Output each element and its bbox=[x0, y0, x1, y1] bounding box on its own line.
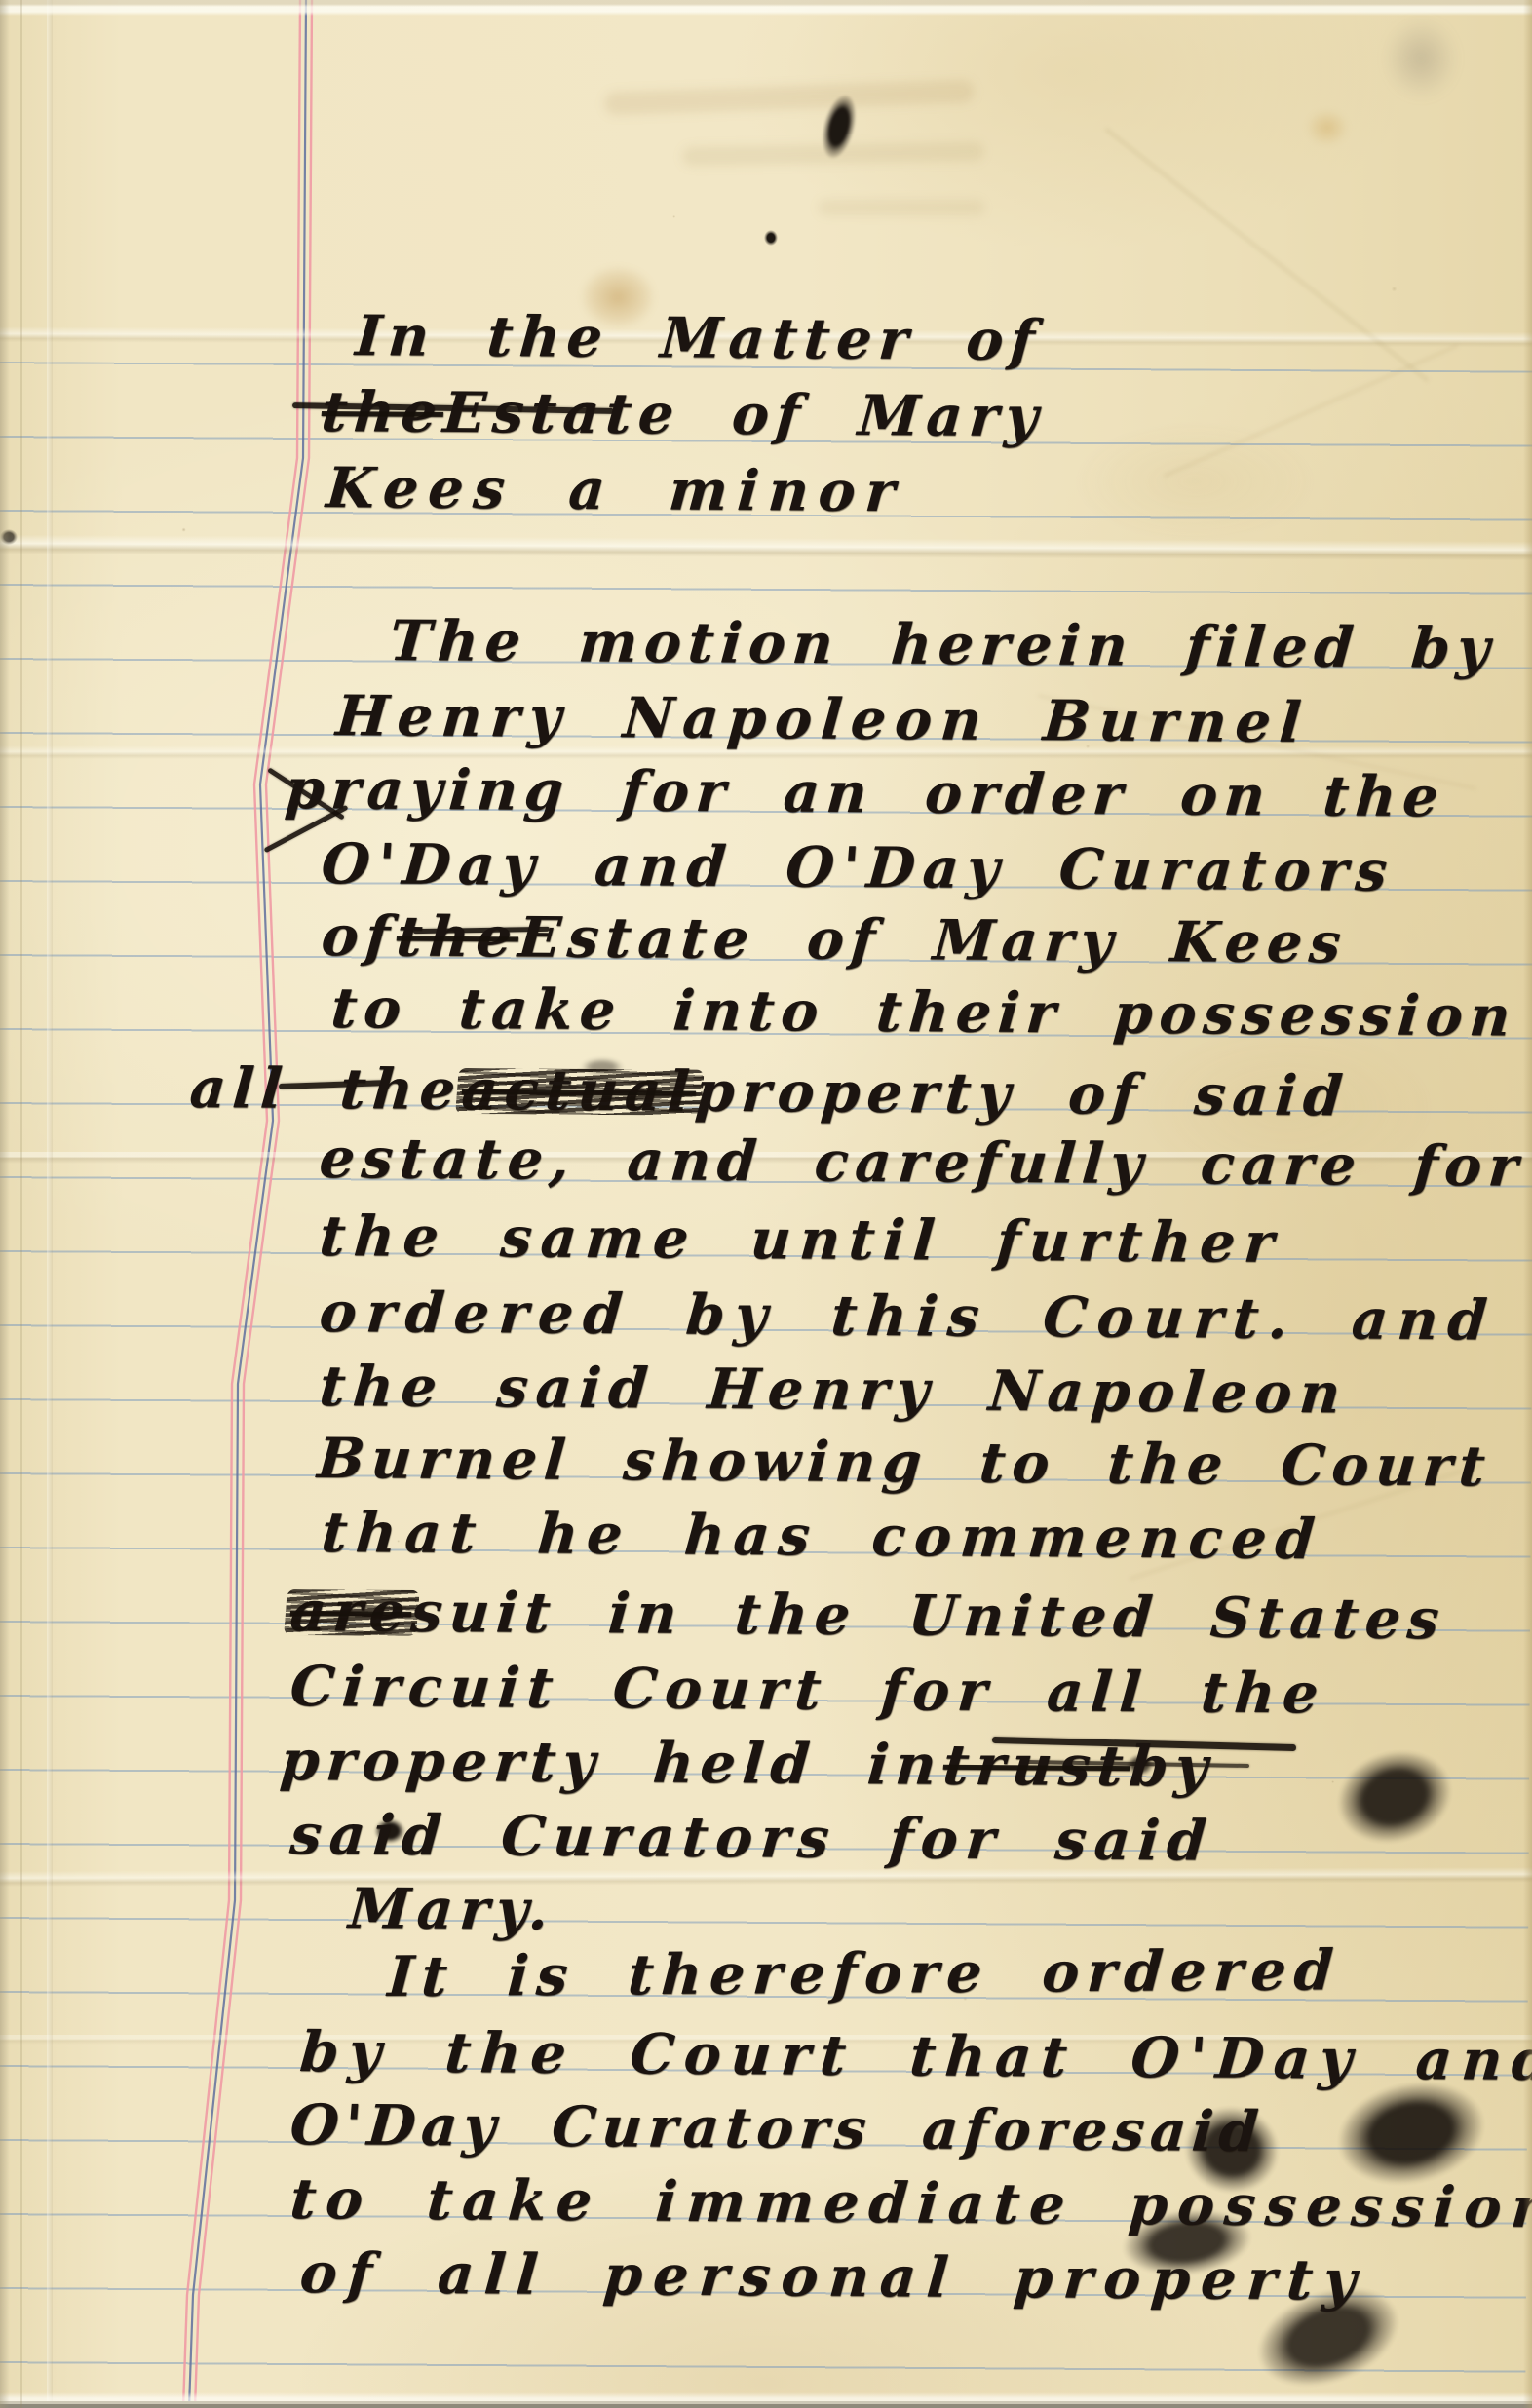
handwritten-line: Circuit Court for all the bbox=[290, 1659, 1326, 1721]
text-segment: Kees a minor bbox=[325, 460, 906, 519]
page-edge-line bbox=[20, 0, 22, 2408]
text-segment: O'Day Curators aforesaid bbox=[288, 2097, 1266, 2160]
handwritten-line: O'Day Curators aforesaid bbox=[290, 2097, 1264, 2160]
handwritten-line: said Curators for said bbox=[290, 1807, 1214, 1869]
text-segment: to take into their possession bbox=[329, 980, 1519, 1044]
handwritten-line: Mary. bbox=[349, 1881, 555, 1937]
struck-text: are bbox=[288, 1584, 414, 1640]
page-edge-left bbox=[0, 0, 10, 2408]
text-segment: estate, and carefully care for bbox=[318, 1130, 1527, 1195]
handwritten-line: the Estate of Mary bbox=[322, 384, 1045, 444]
handwritten-line: Kees a minor bbox=[326, 460, 904, 519]
handwritten-line: praying for an order on the bbox=[286, 761, 1445, 824]
struck-text: trust bbox=[940, 1738, 1131, 1794]
text-segment: Estate of Mary Kees bbox=[516, 909, 1349, 971]
text-segment: Estate of Mary bbox=[441, 385, 1047, 444]
text-segment: Burnel showing to the Court bbox=[316, 1431, 1494, 1494]
text-segment: the said Henry Napoleon bbox=[318, 1358, 1350, 1421]
handwritten-line: of the Estate of Mary Kees bbox=[322, 908, 1348, 971]
struck-text: actual bbox=[460, 1062, 698, 1120]
text-segment: suit in the United States bbox=[409, 1585, 1448, 1647]
handwritten-line: O'Day and O'Day Curators bbox=[322, 836, 1396, 899]
handwritten-line: It is therefore ordered bbox=[388, 1942, 1341, 2005]
page-edge-bottom bbox=[0, 2392, 1532, 2408]
handwritten-line: that he has commenced bbox=[322, 1505, 1323, 1567]
text-segment: The motion herein filed by bbox=[388, 613, 1499, 676]
text-segment: property held in bbox=[279, 1733, 945, 1793]
page-edge-right bbox=[1523, 0, 1532, 2408]
text-segment: Circuit Court for all the bbox=[288, 1659, 1328, 1721]
handwritten-line: to take immediate possession bbox=[290, 2171, 1532, 2236]
text-segment: praying for an order on the bbox=[284, 761, 1447, 824]
text-segment: to take immediate possession bbox=[288, 2171, 1532, 2236]
text-segment: Henry Napoleon Burnel bbox=[334, 688, 1312, 750]
handwritten-line: ordered by this Court. and bbox=[320, 1284, 1497, 1348]
text-segment: the same until further bbox=[318, 1208, 1284, 1271]
handwritten-line: estate, and carefully care for bbox=[320, 1130, 1525, 1195]
text-segment: said Curators for said bbox=[288, 1807, 1216, 1869]
text-segment: by the Court that O'Day and bbox=[298, 2024, 1532, 2088]
handwritten-line: are suit in the United States bbox=[290, 1584, 1446, 1647]
handwritten-line: to take into their possession bbox=[331, 980, 1517, 1044]
page-edge-top bbox=[0, 0, 1532, 16]
struck-text: the bbox=[320, 384, 445, 440]
document-scan: In the Matter ofthe Estate of MaryKees a… bbox=[0, 0, 1532, 2408]
handwritten-line: Henry Napoleon Burnel bbox=[336, 688, 1310, 750]
handwritten-line: all the actual property of said bbox=[190, 1060, 1350, 1124]
text-segment: ordered by this Court. and bbox=[318, 1284, 1499, 1348]
text-segment: of all personal property bbox=[298, 2245, 1368, 2309]
handwritten-line: the same until further bbox=[320, 1208, 1283, 1271]
handwritten-line: of all personal property bbox=[300, 2245, 1366, 2309]
text-segment: all the bbox=[188, 1060, 465, 1118]
handwritten-line: property held in trust by bbox=[281, 1733, 1214, 1795]
handwritten-line: In the Matter of bbox=[356, 308, 1042, 368]
text-segment: O'Day and O'Day Curators bbox=[320, 836, 1398, 899]
handwritten-line: Burnel showing to the Court bbox=[318, 1431, 1492, 1494]
text-segment: property of said bbox=[694, 1064, 1352, 1125]
text-segment: It is therefore ordered bbox=[386, 1942, 1342, 2005]
handwriting-layer: In the Matter ofthe Estate of MaryKees a… bbox=[0, 0, 1532, 2408]
handwritten-line: The motion herein filed by bbox=[390, 613, 1497, 676]
handwritten-line: the said Henry Napoleon bbox=[320, 1358, 1348, 1421]
text-segment: Mary. bbox=[347, 1881, 557, 1937]
text-segment: of bbox=[320, 908, 399, 965]
text-segment: by bbox=[1128, 1739, 1216, 1795]
handwritten-line: by the Court that O'Day and bbox=[300, 2024, 1532, 2088]
struck-text: the bbox=[394, 909, 519, 966]
text-segment: In the Matter of bbox=[354, 308, 1044, 368]
text-segment: that he has commenced bbox=[320, 1505, 1325, 1567]
